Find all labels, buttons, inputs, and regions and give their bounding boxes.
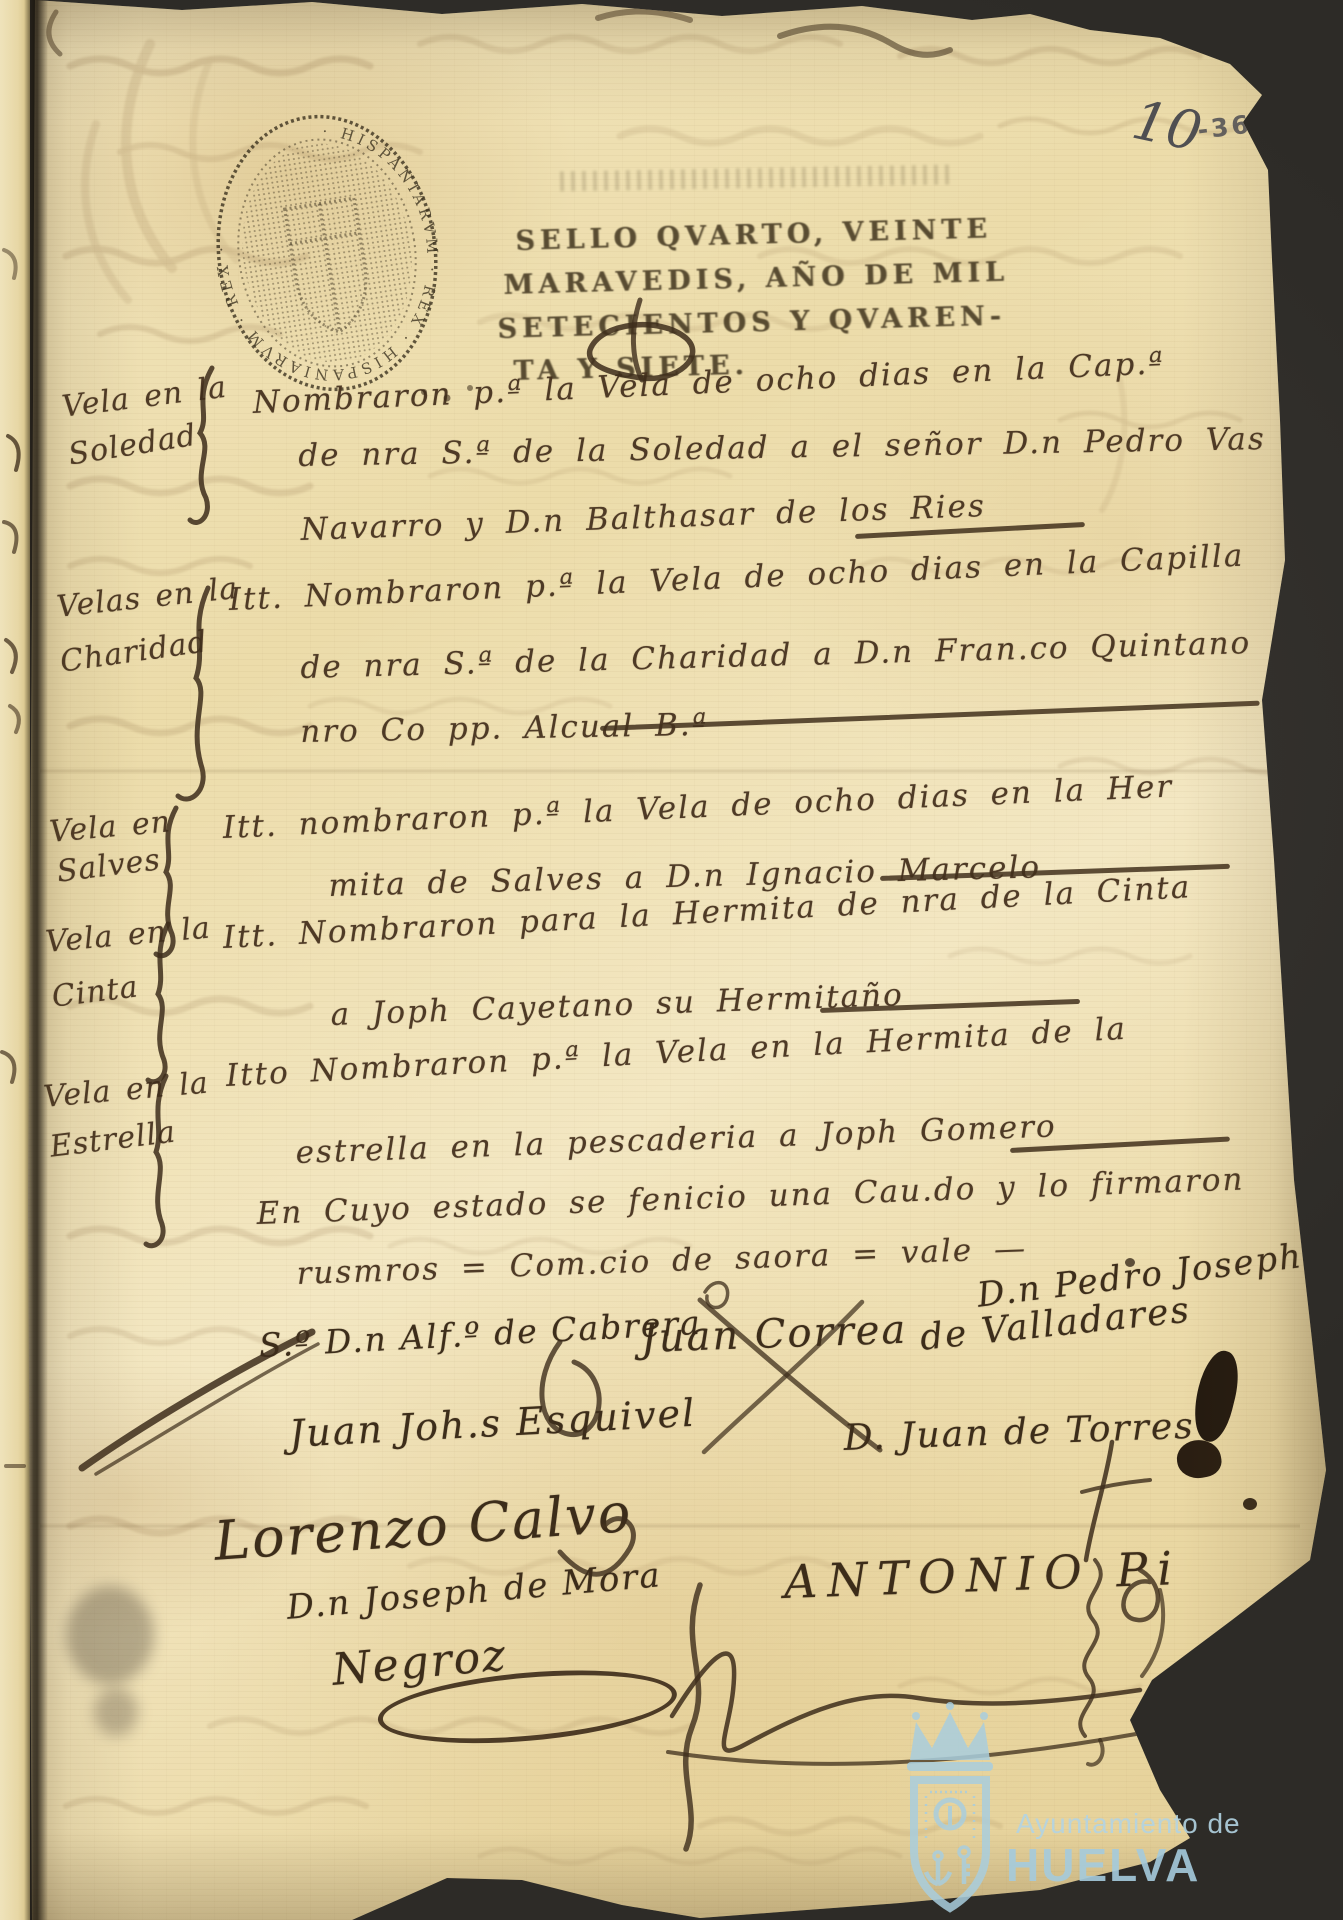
smudge-stain-left-small [94, 1688, 138, 1736]
fold-crease-lower [40, 1523, 1300, 1529]
margin-note-charidad-2: Charidad [58, 624, 210, 679]
ghost-print-offset [560, 165, 950, 192]
ink-speck [1125, 1258, 1135, 1267]
margin-note-cinta-2: Cinta [50, 969, 140, 1014]
ink-blot-large [1186, 1347, 1245, 1445]
ink-blot-dot [1243, 1498, 1257, 1510]
fold-crease-upper [40, 768, 1300, 774]
archive-stamp-number: -360- [1196, 105, 1287, 145]
folio-number: 10 [1127, 88, 1207, 164]
margin-note-estrella-2: Estrella [48, 1115, 178, 1165]
tax-stamp-line-1: SELLO QVARTO, VEINTE [515, 214, 992, 257]
closing-line-2: rusmros = Com.cio de saora = vale — [296, 1230, 1028, 1291]
signature-torres: D. Juan de Torres [843, 1406, 1195, 1459]
entry-cinta-line-2: a Joph Cayetano su Hermitaño [330, 977, 904, 1033]
watermark-institution-label: Ayuntamiento de [1016, 1808, 1241, 1840]
watermark-city-label: HUELVA [1006, 1838, 1200, 1892]
entry-charidad-line-2: de nra S.ª de la Charidad a D.n Fran.co … [300, 625, 1252, 686]
entry-charidad-line-1: Itt. Nombraron p.ª la Vela de ocho dias … [228, 538, 1245, 618]
huelva-crest-icon [880, 1700, 1020, 1915]
closing-line-1: En Cuyo estado se fenicio una Cau.do y l… [256, 1162, 1245, 1232]
tax-stamp-line-2: MARAVEDIS, AÑO DE MIL [503, 257, 1009, 301]
previous-page-ink-marks [0, 0, 30, 1920]
royal-seal-stamp: · HISPANIARVM · REX · HISPANIARVM · REX … [191, 92, 464, 414]
smudge-stain-left [66, 1586, 154, 1684]
margin-note-charidad-1: Velas en la [55, 571, 240, 625]
signature-correa: Juan Correa [640, 1307, 908, 1362]
entry-soledad-line-3: Navarro y D.n Balthasar de los Ries [300, 488, 986, 548]
margin-note-estrella-1: Vela en la [42, 1066, 210, 1115]
manuscript-scan: · HISPANIARVM · REX · HISPANIARVM · REX … [0, 0, 1343, 1920]
entry-salves-line-1: Itt. nombraron p.ª la Vela de ocho dias … [222, 769, 1174, 846]
margin-note-soledad-2: Soledad [66, 418, 199, 473]
entry-soledad-line-2: de nra S.ª de la Soledad a el señor D.n … [298, 421, 1266, 474]
manuscript-page: · HISPANIARVM · REX · HISPANIARVM · REX … [22, 0, 1332, 1920]
signature-cabrera: S.º D.n Alf.º de Cabrera [258, 1303, 703, 1365]
margin-note-cinta-1: Vela en la [44, 911, 212, 960]
signature-esquivel: Juan Joh.s Esquivel [288, 1391, 697, 1456]
entry-estrella-line-2: estrella en la pescaderia a Joph Gomero [295, 1108, 1057, 1171]
signature-antonio: ANTONIO Pi [783, 1541, 1183, 1609]
margin-note-salves-2: Salves [55, 842, 163, 889]
previous-page-edge [0, 0, 30, 1920]
tax-stamp-line-3: SETECIENTOS Y QVAREN- [497, 301, 1006, 345]
margin-note-soledad-1: Vela en la [60, 370, 229, 425]
signature-mora: D.n Joseph de Mora [285, 1555, 663, 1628]
